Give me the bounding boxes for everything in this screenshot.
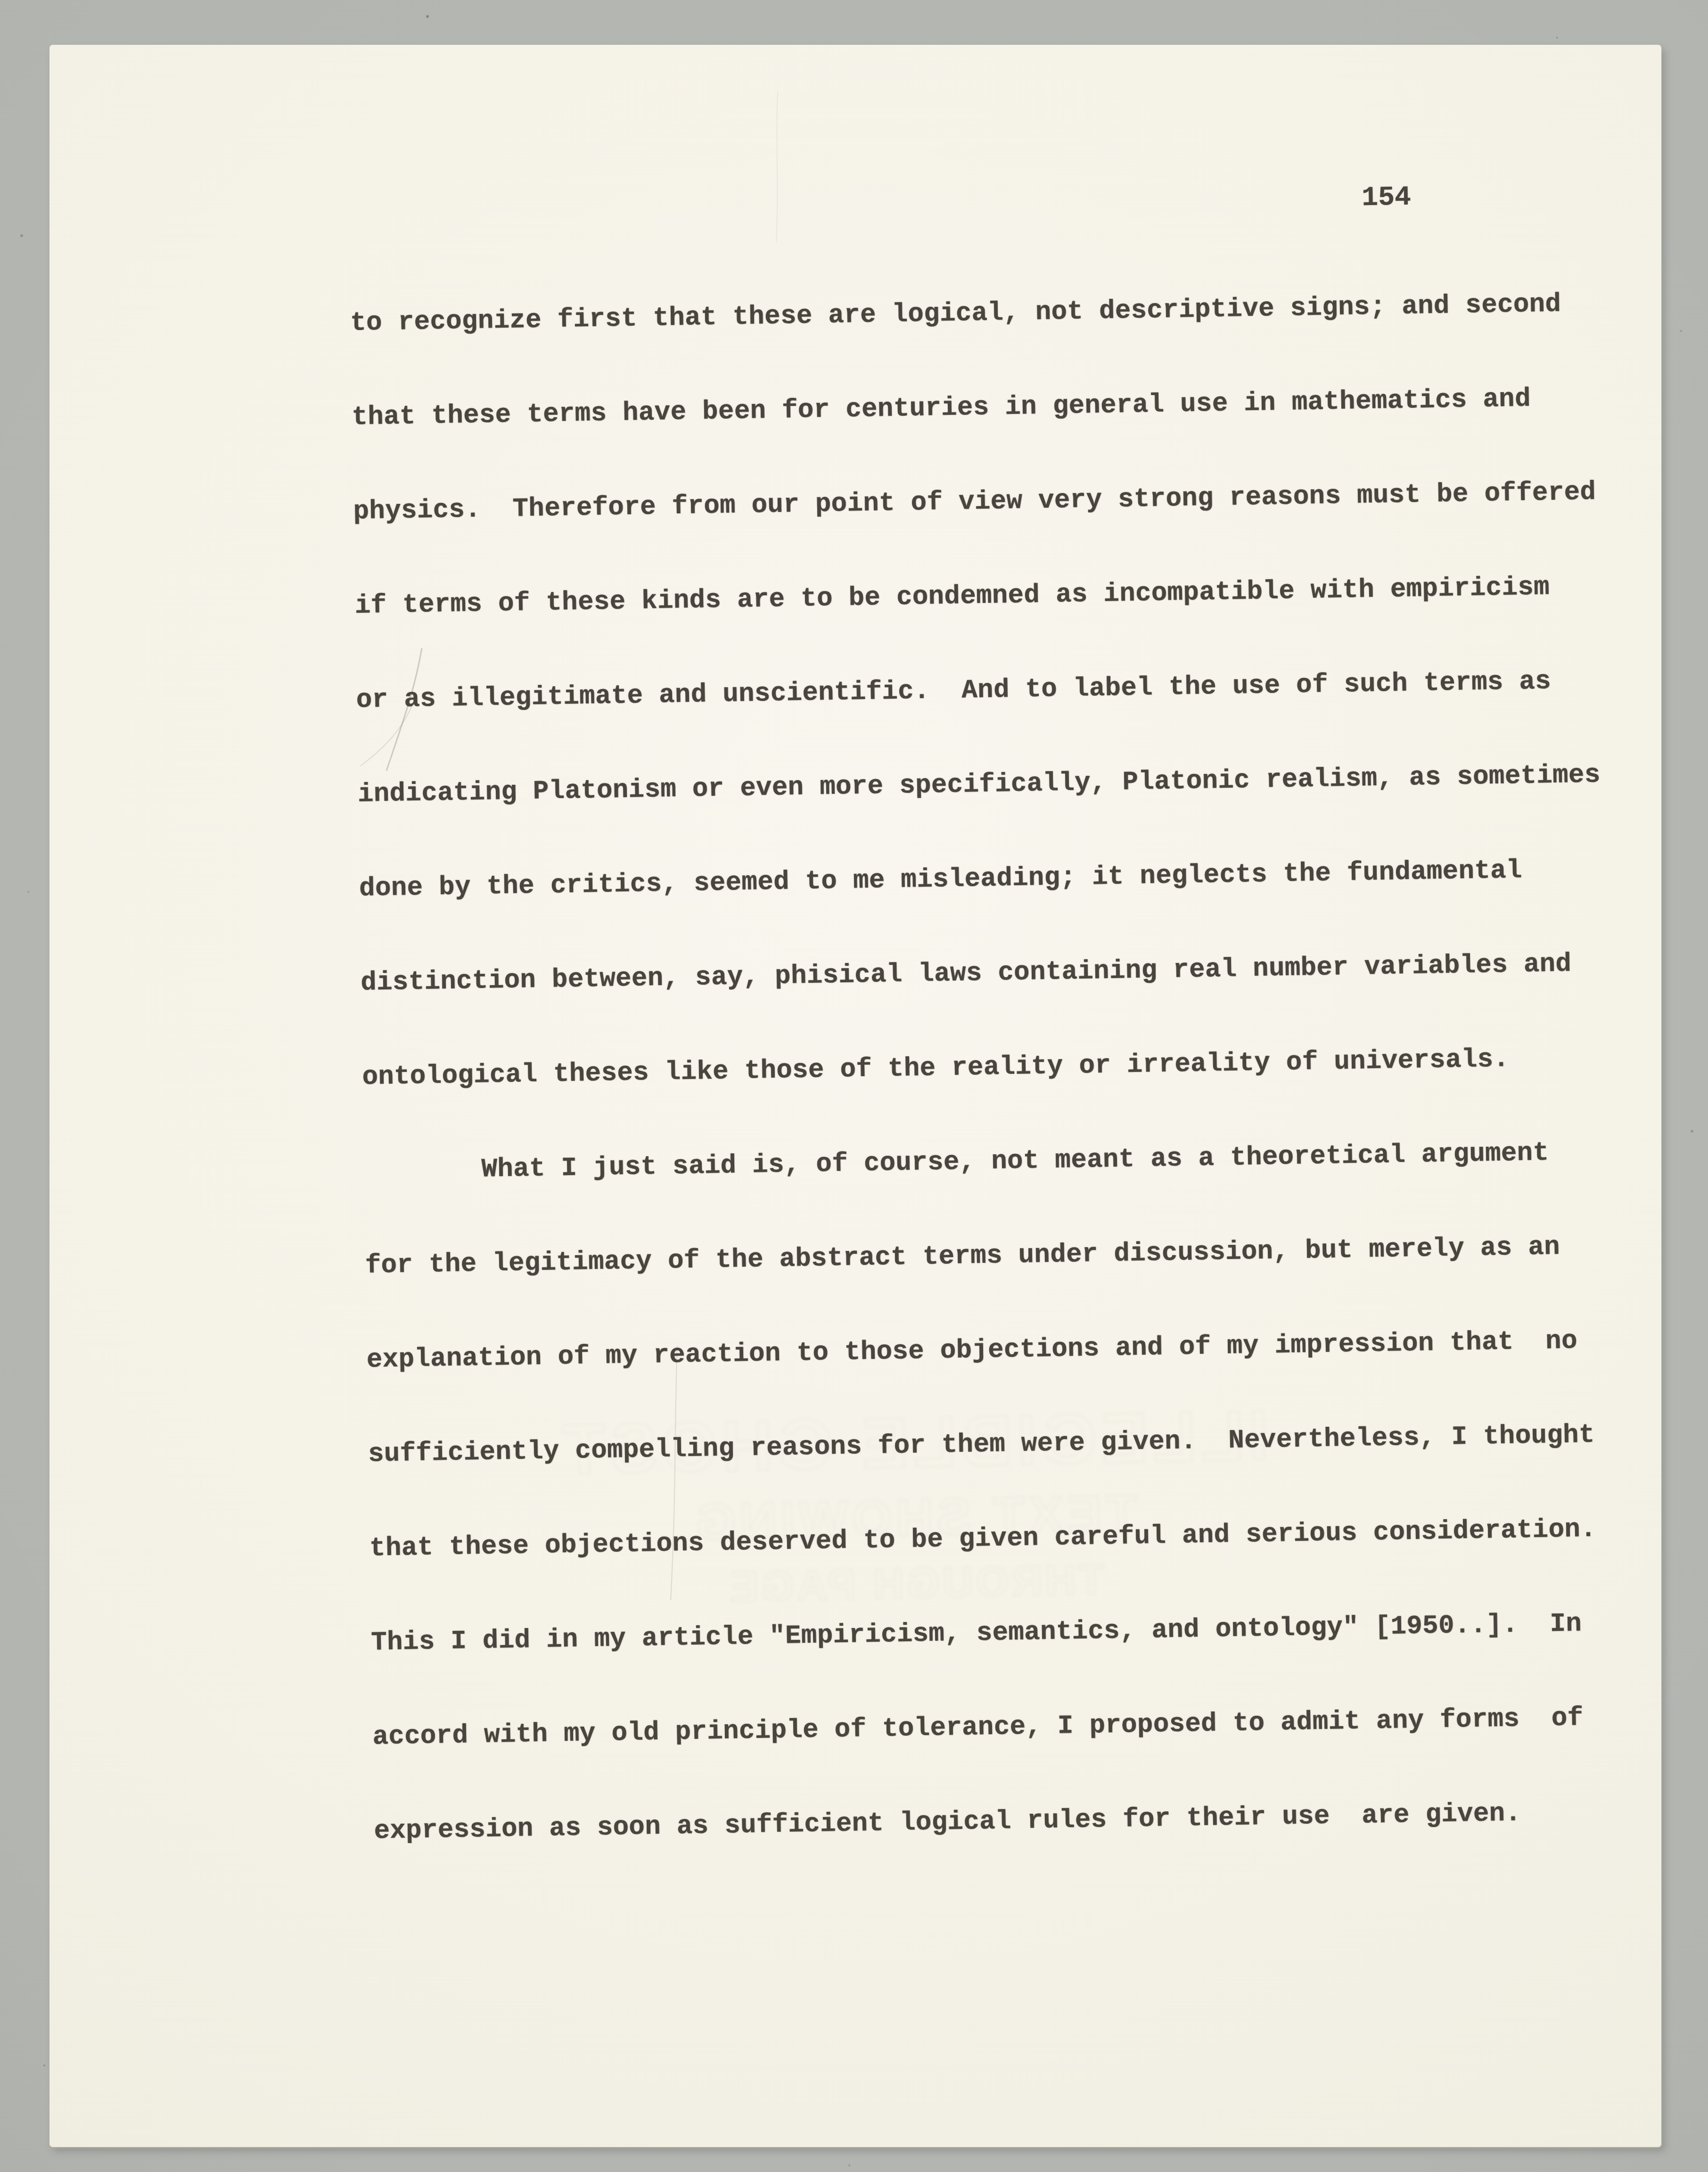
- typescript-line: accord with my old principle of toleranc…: [372, 1703, 1584, 1751]
- typescript-line: to recognize first that these are logica…: [350, 290, 1561, 337]
- typescript-line: expression as soon as sufficient logical…: [374, 1799, 1521, 1845]
- typed-text-layer: 154 to recognize first that these are lo…: [44, 24, 1689, 2151]
- typescript-line: for the legitimacy of the abstract terms…: [365, 1233, 1560, 1280]
- dust-specks: [0, 0, 2, 2]
- typescript-line: sufficiently compelling reasons for them…: [368, 1421, 1595, 1468]
- typescript-line: explanation of my reaction to those obje…: [366, 1326, 1577, 1374]
- typescript-line: or as illegitimate and unscientific. And…: [356, 667, 1551, 714]
- typescript-line: indicating Platonism or even more specif…: [358, 760, 1601, 808]
- page-number: 154: [1362, 184, 1411, 213]
- scan-background: { "document": { "kind": "typewritten man…: [0, 0, 1708, 2172]
- typescript-line: distinction between, say, phisical laws …: [361, 949, 1572, 996]
- typescript-line: physics. Therefore from our point of vie…: [353, 478, 1596, 526]
- manuscript-page: ILLEGIBLE GHOST TEXT SHOWING THROUGH PAG…: [49, 45, 1661, 2147]
- typescript-line: that these terms have been for centuries…: [352, 385, 1531, 431]
- typescript-line: if terms of these kinds are to be condem…: [354, 573, 1550, 620]
- typescript-line: ontological theses like those of the rea…: [362, 1045, 1510, 1091]
- typescript-line: What I just said is, of course, not mean…: [481, 1138, 1549, 1184]
- typescript-line: This I did in my article "Empiricism, se…: [371, 1609, 1582, 1656]
- typescript-line: that these objections deserved to be giv…: [370, 1515, 1597, 1563]
- typescript-line: done by the critics, seemed to me mislea…: [359, 856, 1522, 903]
- typescript-body: to recognize first that these are logica…: [44, 24, 1656, 49]
